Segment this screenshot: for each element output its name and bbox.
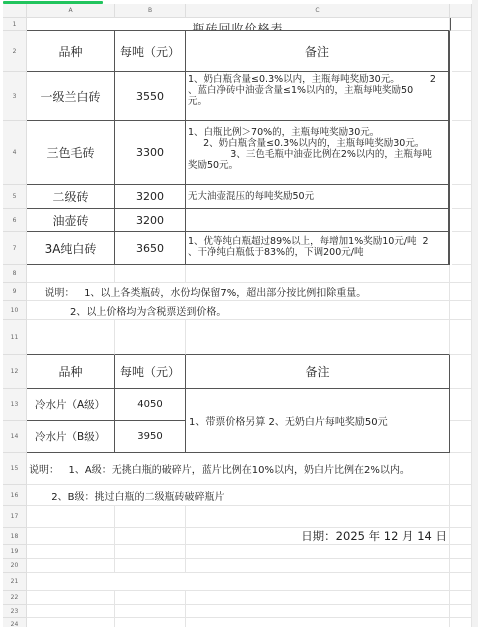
row-header-17[interactable]: 17 [3,506,27,528]
title-cell[interactable]: 瓶砖回收价格表 [27,18,450,31]
row-header-12[interactable]: 12 [3,355,27,389]
cell-b19[interactable] [115,545,186,559]
cell-c24[interactable] [186,618,450,627]
note2-line2[interactable]: 2、B级：挑过白瓶的二级瓶砖破碎瓶片 [27,485,450,506]
row-header-18[interactable]: 18 [3,528,27,545]
column-header-d[interactable] [450,4,472,18]
table1-header-variety[interactable]: 品种 [27,31,115,72]
cell-c19[interactable] [186,545,450,559]
row-header-14[interactable]: 14 [3,421,27,453]
row-header-11[interactable]: 11 [3,320,27,355]
row-header-21[interactable]: 21 [3,573,27,591]
table2-header-variety[interactable]: 品种 [27,355,115,389]
row-header-16[interactable]: 16 [3,485,27,506]
table1-row1-price[interactable]: 3550 [115,72,186,121]
table1-row4-price[interactable]: 3200 [115,209,186,232]
column-header-b[interactable]: B [115,4,186,18]
row-header-24[interactable]: 24 [3,618,27,627]
cell-b11[interactable] [115,320,186,355]
cell-b8[interactable] [115,265,186,283]
table2-row1-price[interactable]: 4050 [115,389,186,421]
cell-d3[interactable] [452,72,472,121]
table1-row4-variety[interactable]: 油壶砖 [27,209,115,232]
cell-c8[interactable] [186,265,450,283]
cell-b24[interactable] [115,618,186,627]
cell-a11[interactable] [27,320,115,355]
table1-row3-price[interactable]: 3200 [115,185,186,209]
cell-a20[interactable] [27,559,115,573]
cell-d12[interactable] [450,355,472,389]
vertical-scrollbar[interactable] [472,0,478,627]
table1-row1-variety[interactable]: 一级兰白砖 [27,72,115,121]
sheet-title: 瓶砖回收价格表 [192,20,283,31]
table2-remark[interactable]: 1、带票价格另算 2、无奶白片每吨奖励50元 [186,389,450,453]
cell-b18[interactable] [115,528,186,545]
cell-d5[interactable] [452,185,472,209]
cell-d10[interactable] [450,301,472,320]
row-header-13[interactable]: 13 [3,389,27,421]
table1-header-price[interactable]: 每吨（元） [115,31,186,72]
table1-row5-price[interactable]: 3650 [115,232,186,265]
cell-d6[interactable] [452,209,472,232]
table2-row2-variety[interactable]: 冷水片（B级） [27,421,115,453]
cell-d15[interactable] [450,453,472,485]
cell-a17[interactable] [27,506,115,528]
row-header-22[interactable]: 22 [3,591,27,605]
cell-a8[interactable] [27,265,115,283]
table1-row3-variety[interactable]: 二级砖 [27,185,115,209]
cell-d19[interactable] [450,545,472,559]
row-header-4[interactable]: 4 [3,121,27,185]
table1-row5-variety[interactable]: 3A纯白砖 [27,232,115,265]
table2-row2-price[interactable]: 3950 [115,421,186,453]
row-header-8[interactable]: 8 [3,265,27,283]
cell-d1[interactable] [450,18,472,31]
cell-c17[interactable] [186,506,450,528]
table1-header-remark[interactable]: 备注 [186,31,450,72]
spreadsheet-grid: A B C 1 2 3 4 5 6 7 8 9 10 11 12 13 14 1… [3,4,472,627]
row-header-3[interactable]: 3 [3,72,27,121]
table2-row1-variety[interactable]: 冷水片（A级） [27,389,115,421]
table2-header-price[interactable]: 每吨（元） [115,355,186,389]
cell-d2[interactable] [452,31,472,72]
cell-d21[interactable] [450,573,472,591]
row-header-1[interactable]: 1 [3,18,27,31]
cell-c23[interactable] [186,605,450,618]
cell-a22[interactable] [27,591,115,605]
cell-a18[interactable] [27,528,115,545]
row-header-6[interactable]: 6 [3,209,27,232]
cell-d23[interactable] [450,605,472,618]
row-header-9[interactable]: 9 [3,283,27,301]
cell-d8[interactable] [450,265,472,283]
cell-b23[interactable] [115,605,186,618]
table1-row4-remark[interactable] [186,209,450,232]
column-header-a[interactable]: A [27,4,115,18]
cell-d13[interactable] [450,389,472,421]
table1-row3-remark[interactable]: 无大油壶混压的每吨奖励50元 [186,185,450,209]
row-header-2[interactable]: 2 [3,31,27,72]
cell-d24[interactable] [450,618,472,627]
date-cell[interactable]: 日期：2025 年 12 月 14 日 [186,528,450,545]
cell-b22[interactable] [115,591,186,605]
table1-row2-remark[interactable]: 1、白瓶比例＞70%的，主瓶每吨奖励30元。 2、奶白瓶含量≤0.3%以内的，主… [186,121,450,185]
cell-a23[interactable] [27,605,115,618]
note2-line1[interactable]: 说明： 1、A级：无挑白瓶的破碎片，蓝片比例在10%以内，奶白片比例在2%以内。 [27,453,450,485]
row-header-19[interactable]: 19 [3,545,27,559]
row-header-10[interactable]: 10 [3,301,27,320]
cell-b17[interactable] [115,506,186,528]
cell-d4[interactable] [452,121,472,185]
table1-row2-variety[interactable]: 三色毛砖 [27,121,115,185]
cell-d14[interactable] [450,421,472,453]
row-header-23[interactable]: 23 [3,605,27,618]
cell-a19[interactable] [27,545,115,559]
note1-line2[interactable]: 2、以上价格均为含税票送到价格。 [27,301,450,320]
cell-d11[interactable] [450,320,472,355]
cell-c20[interactable] [186,559,450,573]
cell-a24[interactable] [27,618,115,627]
select-all-corner[interactable] [3,4,27,18]
row-header-5[interactable]: 5 [3,185,27,209]
cell-d22[interactable] [450,591,472,605]
column-header-bar: A B C [3,4,472,18]
cell-d18[interactable] [450,528,472,545]
cell-c22[interactable] [186,591,450,605]
cell-d17[interactable] [450,506,472,528]
row-header-7[interactable]: 7 [3,232,27,265]
row-header-20[interactable]: 20 [3,559,27,573]
cell-d16[interactable] [450,485,472,506]
table1-row5-remark[interactable]: 1、优等纯白瓶超过89%以上，每增加1%奖励10元/吨 2 、干净纯白瓶低于83… [186,232,450,265]
note1-line1[interactable]: 说明： 1、以上各类瓶砖，水份均保留7%，超出部分按比例扣除重量。 [27,283,450,301]
table1-row1-remark[interactable]: 1、奶白瓶含量≤0.3%以内，主瓶每吨奖励30元。 2 、蓝白净砖中油壶含量≤1… [186,72,450,121]
row-header-15[interactable]: 15 [3,453,27,485]
table1-row2-price[interactable]: 3300 [115,121,186,185]
column-header-c[interactable]: C [186,4,450,18]
cell-a21[interactable] [27,573,450,591]
cell-d9[interactable] [450,283,472,301]
cell-d7[interactable] [452,232,472,265]
table2-header-remark[interactable]: 备注 [186,355,450,389]
cell-b20[interactable] [115,559,186,573]
cell-d20[interactable] [450,559,472,573]
cell-c11[interactable] [186,320,450,355]
